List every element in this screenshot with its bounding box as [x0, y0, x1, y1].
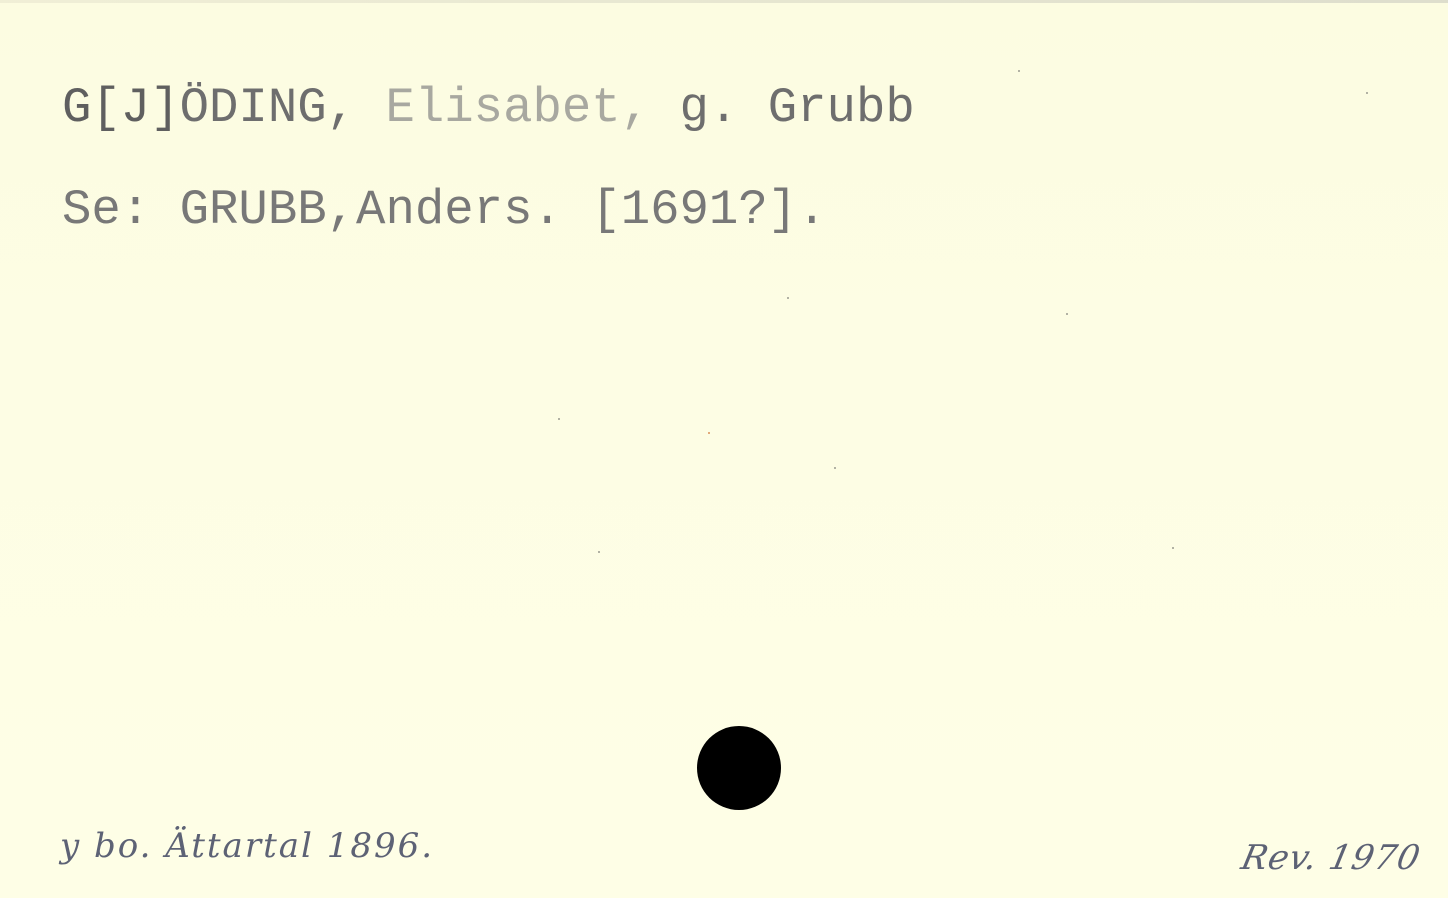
- heading-married-note: g. Grubb: [650, 80, 915, 136]
- card-top-edge: [0, 0, 1448, 3]
- catalog-card: G[J]ÖDING, Elisabet, g. Grubb Se: GRUBB,…: [0, 0, 1448, 898]
- punch-hole: [697, 726, 781, 810]
- cross-reference-target: GRUBB,Anders.: [150, 182, 562, 238]
- heading-bracket-insert: [J]: [91, 80, 179, 136]
- card-heading: G[J]ÖDING, Elisabet, g. Grubb: [62, 84, 915, 133]
- paper-speck: [598, 551, 600, 553]
- paper-speck: [1172, 547, 1174, 549]
- paper-speck: [708, 432, 710, 434]
- cross-reference: Se: GRUBB,Anders. [1691?].: [62, 186, 827, 235]
- paper-speck: [834, 467, 836, 469]
- heading-surname-rest: ÖDING,: [180, 80, 356, 136]
- paper-speck: [558, 418, 560, 420]
- handwritten-source-note: y bo. Ättartal 1896.: [60, 826, 434, 866]
- paper-speck: [1066, 313, 1068, 315]
- handwritten-revision-note: Rev. 1970: [1238, 838, 1425, 878]
- cross-reference-date: [1691?].: [562, 182, 827, 238]
- heading-surname-prefix: G: [62, 80, 91, 136]
- paper-speck: [787, 297, 789, 299]
- paper-speck: [1018, 70, 1020, 72]
- heading-given-name: Elisabet,: [356, 80, 650, 136]
- paper-speck: [1366, 92, 1368, 94]
- cross-reference-label: Se:: [62, 182, 150, 238]
